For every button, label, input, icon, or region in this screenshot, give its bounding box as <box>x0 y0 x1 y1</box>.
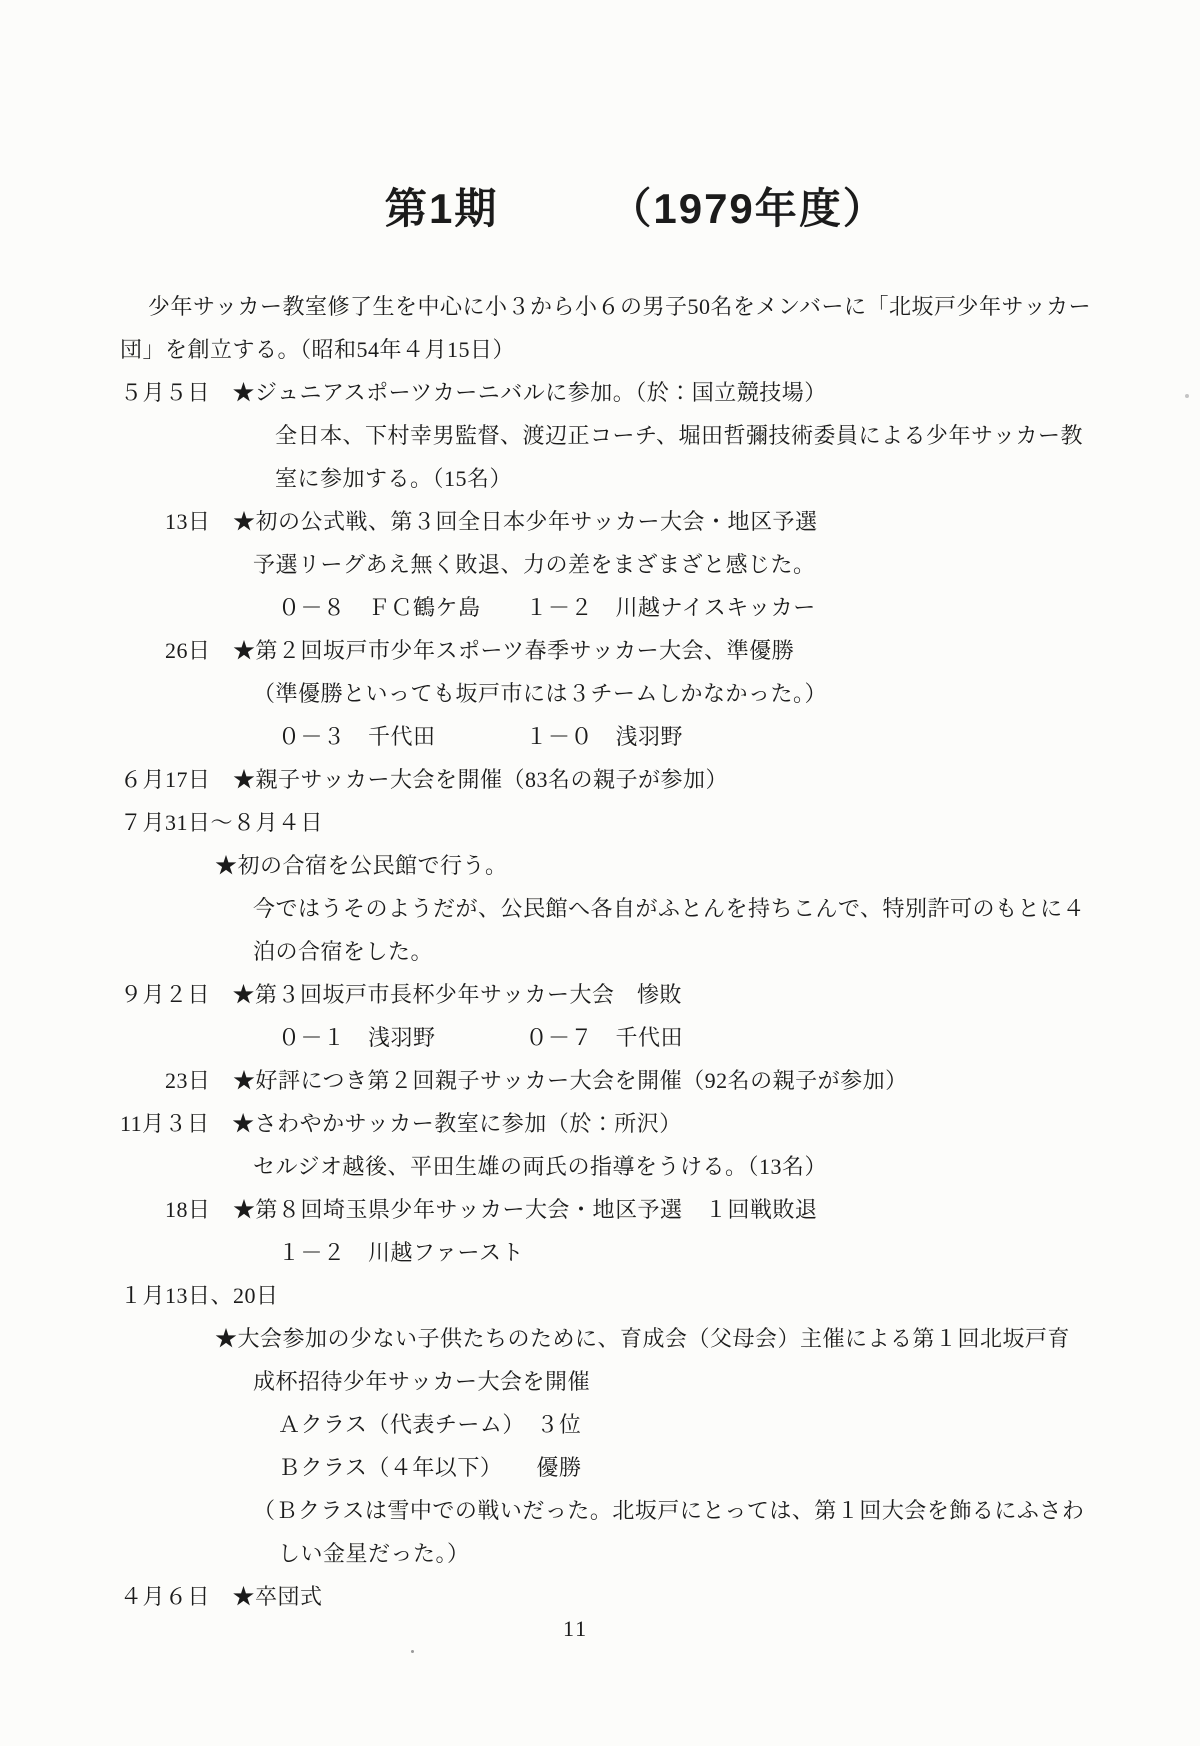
document-line: １－２ 川越ファースト <box>0 1231 1200 1274</box>
document-line: ６月17日 ★親子サッカー大会を開催（83名の親子が参加） <box>0 758 1200 801</box>
document-line: 26日 ★第２回坂戸市少年スポーツ春季サッカー大会、準優勝 <box>0 629 1200 672</box>
document-page: 第1期 （1979年度） 少年サッカー教室修了生を中心に小３から小６の男子50名… <box>0 0 1200 1746</box>
document-line: ９月２日 ★第３回坂戸市長杯少年サッカー大会 惨敗 <box>0 973 1200 1016</box>
scan-artifact <box>411 1650 414 1653</box>
document-line: 室に参加する。（15名） <box>0 457 1200 500</box>
document-line: セルジオ越後、平田生雄の両氏の指導をうける。（13名） <box>0 1145 1200 1188</box>
page-title: 第1期 （1979年度） <box>385 176 887 236</box>
document-line: （Ｂクラスは雪中での戦いだった。北坂戸にとっては、第１回大会を飾るにふさわ <box>0 1489 1200 1532</box>
document-line: ０－３ 千代田 １－０ 浅羽野 <box>0 715 1200 758</box>
document-line: 泊の合宿をした。 <box>0 930 1200 973</box>
document-line: 全日本、下村幸男監督、渡辺正コーチ、堀田哲彌技術委員による少年サッカー教 <box>0 414 1200 457</box>
page-number: 11 <box>563 1616 588 1642</box>
document-line: しい金星だった。） <box>0 1532 1200 1575</box>
document-line: 11月３日 ★さわやかサッカー教室に参加（於：所沢） <box>0 1102 1200 1145</box>
document-line: Ｂクラス（４年以下） 優勝 <box>0 1446 1200 1489</box>
document-line: 団」を創立する。（昭和54年４月15日） <box>0 328 1200 371</box>
document-line: ★初の合宿を公民館で行う。 <box>0 844 1200 887</box>
document-line: ０－８ ＦＣ鶴ケ島 １－２ 川越ナイスキッカー <box>0 586 1200 629</box>
document-line: ７月31日～８月４日 <box>0 801 1200 844</box>
document-line: １月13日、20日 <box>0 1274 1200 1317</box>
document-line: 成杯招待少年サッカー大会を開催 <box>0 1360 1200 1403</box>
scan-artifact <box>1185 394 1189 398</box>
document-line: ４月６日 ★卒団式 <box>0 1575 1200 1618</box>
document-body: 少年サッカー教室修了生を中心に小３から小６の男子50名をメンバーに「北坂戸少年サ… <box>0 285 1200 1618</box>
document-line: 18日 ★第８回埼玉県少年サッカー大会・地区予選 １回戦敗退 <box>0 1188 1200 1231</box>
document-line: ０－１ 浅羽野 ０－７ 千代田 <box>0 1016 1200 1059</box>
document-line: Ａクラス（代表チーム） ３位 <box>0 1403 1200 1446</box>
document-line: 予選リーグあえ無く敗退、力の差をまざまざと感じた。 <box>0 543 1200 586</box>
document-line: 今ではうそのようだが、公民館へ各自がふとんを持ちこんで、特別許可のもとに４ <box>0 887 1200 930</box>
document-line: ★大会参加の少ない子供たちのために、育成会（父母会）主催による第１回北坂戸育 <box>0 1317 1200 1360</box>
document-line: 13日 ★初の公式戦、第３回全日本少年サッカー大会・地区予選 <box>0 500 1200 543</box>
document-line: ５月５日 ★ジュニアスポーツカーニバルに参加。（於：国立競技場） <box>0 371 1200 414</box>
document-line: 少年サッカー教室修了生を中心に小３から小６の男子50名をメンバーに「北坂戸少年サ… <box>0 285 1200 328</box>
document-line: 23日 ★好評につき第２回親子サッカー大会を開催（92名の親子が参加） <box>0 1059 1200 1102</box>
document-line: （準優勝といっても坂戸市には３チームしかなかった。） <box>0 672 1200 715</box>
